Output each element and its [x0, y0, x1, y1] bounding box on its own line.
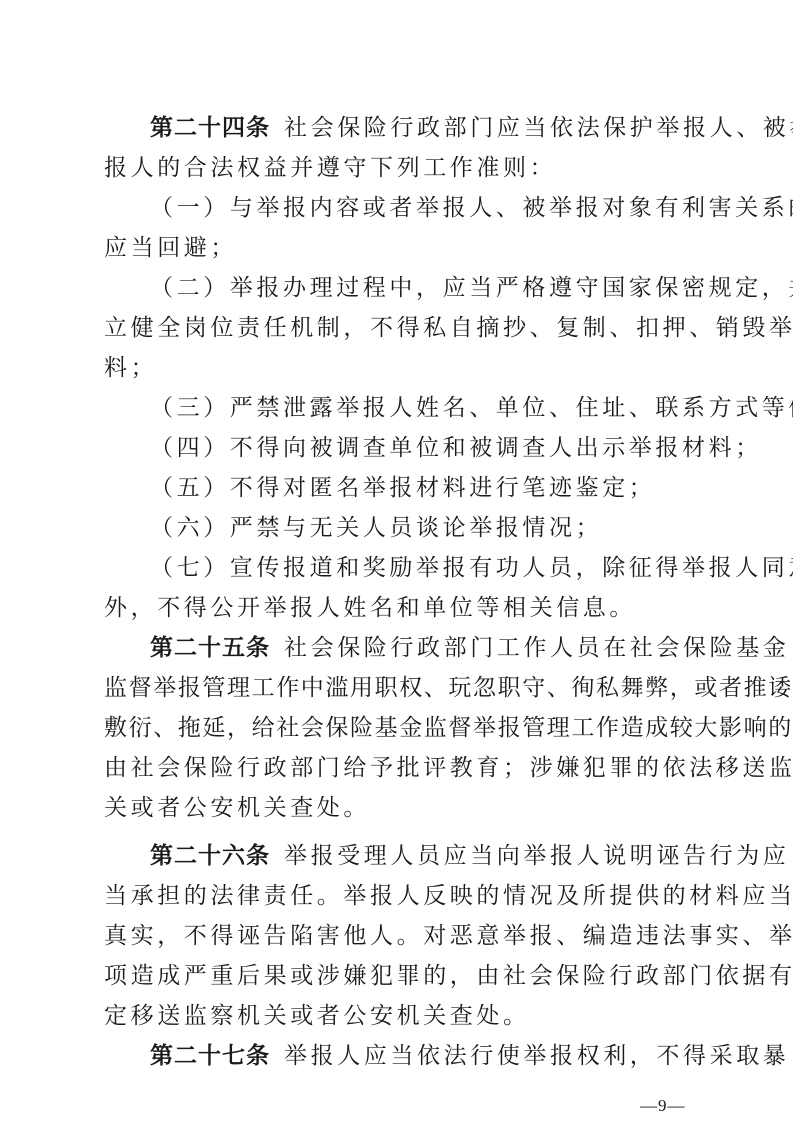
article-27-text: 举报人应当依法行使举报权利，不得采取暴 — [284, 1043, 789, 1069]
article-25-line: 关或者公安机关查处。 — [104, 792, 696, 824]
article-26-line: 当承担的法律责任。举报人反映的情况及所提供的材料应当客观 — [104, 880, 696, 912]
article-25-text: 社会保险行政部门工作人员在社会保险基金 — [284, 635, 789, 661]
article-24-item-3: （三）严禁泄露举报人姓名、单位、住址、联系方式等信息； — [150, 392, 696, 424]
article-26-heading: 第二十六条 — [150, 843, 270, 869]
article-26-text: 举报受理人员应当向举报人说明诬告行为应 — [284, 843, 789, 869]
article-24-item-2-cont2: 料； — [104, 352, 696, 384]
article-27-heading: 第二十七条 — [150, 1043, 270, 1069]
article-24-item-5: （五）不得对匿名举报材料进行笔迹鉴定； — [150, 472, 696, 504]
article-26-line: 项造成严重后果或涉嫌犯罪的，由社会保险行政部门依据有关规 — [104, 960, 696, 992]
article-24-item-4: （四）不得向被调查单位和被调查人出示举报材料； — [150, 432, 696, 464]
article-24-item-1-cont: 应当回避； — [104, 232, 696, 264]
document-page: 第二十四条社会保险行政部门应当依法保护举报人、被举 报人的合法权益并遵守下列工作… — [0, 0, 793, 1121]
article-26-line: 定移送监察机关或者公安机关查处。 — [104, 1000, 696, 1032]
article-26-first-line: 第二十六条举报受理人员应当向举报人说明诬告行为应 — [150, 840, 696, 872]
article-25-line: 敷衍、拖延，给社会保险基金监督举报管理工作造成较大影响的， — [104, 712, 696, 744]
article-25-first-line: 第二十五条社会保险行政部门工作人员在社会保险基金 — [150, 632, 696, 664]
article-26-line: 真实，不得诬告陷害他人。对恶意举报、编造违法事实、举报事 — [104, 920, 696, 952]
page-number: —9— — [640, 1096, 686, 1116]
article-27-first-line: 第二十七条举报人应当依法行使举报权利，不得采取暴 — [150, 1040, 696, 1072]
article-24-text: 社会保险行政部门应当依法保护举报人、被举 — [284, 115, 793, 141]
article-24-heading: 第二十四条 — [150, 115, 270, 141]
article-25-line: 监督举报管理工作中滥用职权、玩忽职守、徇私舞弊，或者推诿、 — [104, 672, 696, 704]
article-24-item-2: （二）举报办理过程中，应当严格遵守国家保密规定，并建 — [150, 272, 696, 304]
article-25-line: 由社会保险行政部门给予批评教育；涉嫌犯罪的依法移送监察机 — [104, 752, 696, 784]
article-24-first-line: 第二十四条社会保险行政部门应当依法保护举报人、被举 — [150, 112, 696, 144]
article-25-heading: 第二十五条 — [150, 635, 270, 661]
article-24-line: 报人的合法权益并遵守下列工作准则： — [104, 152, 696, 184]
article-24-item-1: （一）与举报内容或者举报人、被举报对象有利害关系的， — [150, 192, 696, 224]
article-24-item-7-cont: 外，不得公开举报人姓名和单位等相关信息。 — [104, 592, 696, 624]
article-24-item-7: （七）宣传报道和奖励举报有功人员，除征得举报人同意 — [150, 552, 696, 584]
article-24-item-2-cont: 立健全岗位责任机制，不得私自摘抄、复制、扣押、销毁举报材 — [104, 312, 696, 344]
article-24-item-6: （六）严禁与无关人员谈论举报情况； — [150, 512, 696, 544]
